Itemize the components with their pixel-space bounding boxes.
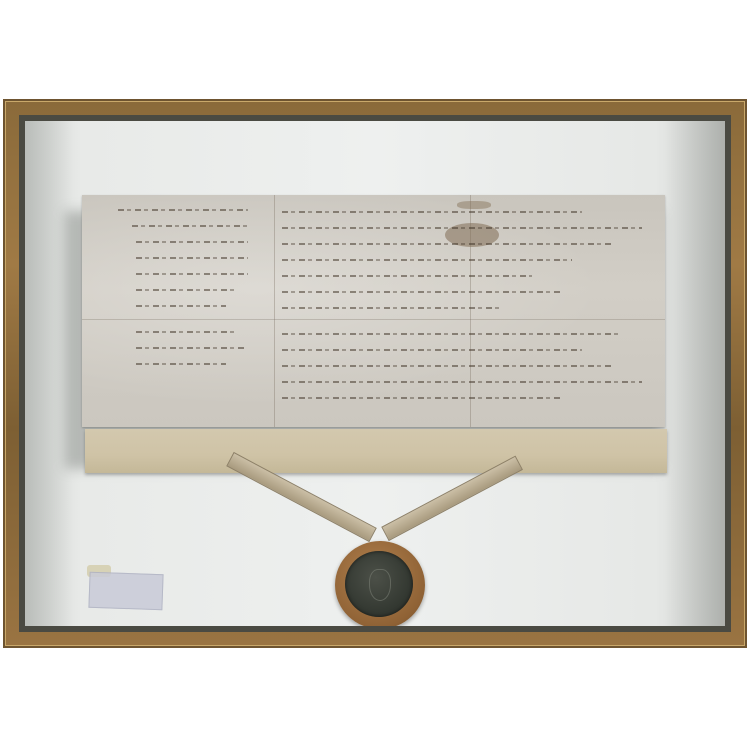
- handwriting-line: [282, 243, 612, 245]
- mount-shadow-right: [665, 121, 725, 626]
- wax-seal: [345, 551, 413, 617]
- handwriting-line: [282, 259, 572, 261]
- handwriting-line: [136, 273, 248, 275]
- mount-board: [25, 121, 725, 626]
- handwriting-line: [282, 349, 582, 351]
- seal-skippet-case: [335, 541, 425, 626]
- handwriting-line: [136, 289, 236, 291]
- handwriting-line: [136, 347, 246, 349]
- handwriting-line: [136, 305, 226, 307]
- stain: [457, 201, 491, 209]
- handwriting-line: [136, 331, 236, 333]
- parchment-document: [82, 195, 665, 427]
- handwriting-line: [282, 381, 642, 383]
- fold-line: [82, 319, 665, 320]
- heraldic-shield-icon: [369, 569, 391, 601]
- handwriting-line: [136, 257, 248, 259]
- wooden-picture-frame: [3, 99, 747, 648]
- handwriting-line: [282, 365, 612, 367]
- museum-label: [88, 572, 163, 611]
- handwriting-line: [136, 241, 248, 243]
- handwriting-line: [282, 227, 642, 229]
- handwriting-line: [132, 225, 248, 227]
- handwriting-line: [282, 275, 532, 277]
- fold-line: [274, 195, 275, 427]
- handwriting-line: [118, 209, 248, 211]
- handwriting-line: [282, 333, 622, 335]
- parchment-fold-turnup: [85, 429, 667, 473]
- handwriting-line: [136, 363, 226, 365]
- handwriting-line: [282, 397, 562, 399]
- handwriting-line: [282, 307, 502, 309]
- handwriting-line: [282, 291, 562, 293]
- handwriting-line: [282, 211, 582, 213]
